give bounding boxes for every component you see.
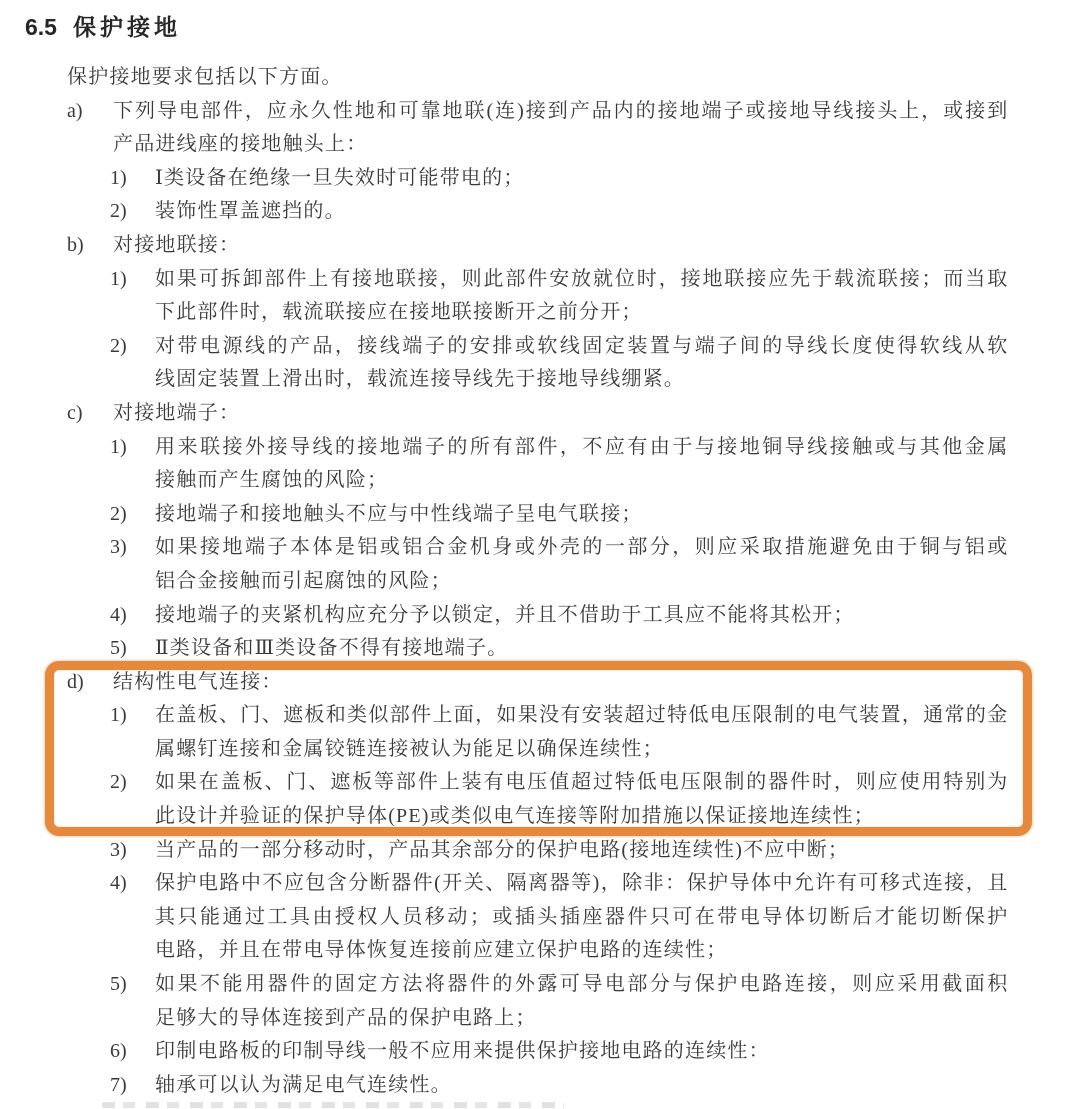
text-line: 用来联接外接导线的接地端子的所有部件，不应有由于与接地铜导线接触或与其他金属 [155,431,1008,465]
text-line: 结构性电气连接： [113,666,1008,700]
cutoff-text-remnant [102,1102,564,1108]
item-marker: b) [67,229,84,263]
text-line: 对接地联接： [113,229,1008,263]
item-marker: 2) [110,195,127,229]
text-line: 铝合金接触而引起腐蚀的风险； [155,565,1008,599]
text-line: 接地端子和接地触头不应与中性线端子呈电气联接； [155,498,1008,532]
item-marker: 3) [110,531,127,565]
document-page: { "heading": { "number": "6.5", "title":… [0,0,1080,1109]
list-item: 3)当产品的一部分移动时，产品其余部分的保护电路(接地连续性)不应中断； [155,834,1008,868]
item-marker: 5) [110,632,127,666]
list-item: 2)如果在盖板、门、遮板等部件上装有电压值超过特低电压限制的器件时，则应使用特别… [155,766,1008,833]
text-line: Ⅰ类设备在绝缘一旦失效时可能带电的； [155,162,1008,196]
list-item: 5)如果不能用器件的固定方法将器件的外露可导电部分与保护电路连接，则应采用截面积… [155,968,1008,1035]
section-number: 6.5 [25,14,57,41]
text-line: 其只能通过工具由授权人员移动；或插头插座器件只可在带电导体切断后才能切断保护 [155,901,1008,935]
text-line: Ⅱ类设备和Ⅲ类设备不得有接地端子。 [155,632,1008,666]
text-line: 下此部件时，载流联接应在接地联接断开之前分开； [155,296,1008,330]
text-line: 如果接地端子本体是铝或铝合金机身或外壳的一部分，则应采取措施避免由于铜与铝或 [155,531,1008,565]
text-line: 电路，并且在带电导体恢复连接前应建立保护电路的连续性； [155,934,1008,968]
list-item: 2)接地端子和接地触头不应与中性线端子呈电气联接； [155,498,1008,532]
section-heading: 6.5 保护接地 [25,9,181,42]
item-marker: 6) [110,1035,127,1069]
item-marker: 2) [110,330,127,364]
item-marker: 5) [110,968,127,1002]
item-marker: 4) [110,867,127,901]
list-item: 1)在盖板、门、遮板和类似部件上面，如果没有安装超过特低电压限制的电气装置，通常… [155,699,1008,766]
text-line: 当产品的一部分移动时，产品其余部分的保护电路(接地连续性)不应中断； [155,834,1008,868]
list-item: 3)如果接地端子本体是铝或铝合金机身或外壳的一部分，则应采取措施避免由于铜与铝或… [155,531,1008,598]
list-item: 2)装饰性罩盖遮挡的。 [155,195,1008,229]
text-line: 足够大的导体连接到产品的保护电路上； [155,1002,1008,1036]
document-body: 保护接地要求包括以下方面。a)下列导电部件，应永久性地和可靠地联(连)接到产品内… [0,61,1080,1102]
item-marker: 1) [110,431,127,465]
list-item: 2)对带电源线的产品，接线端子的安排或软线固定装置与端子间的导线长度使得软线从软… [155,330,1008,397]
text-line: 在盖板、门、遮板和类似部件上面，如果没有安装超过特低电压限制的电气装置，通常的金 [155,699,1008,733]
list-item: 6)印制电路板的印制导线一般不应用来提供保护接地电路的连续性： [155,1035,1008,1069]
section-title: 保护接地 [73,9,181,42]
list-item: a)下列导电部件，应永久性地和可靠地联(连)接到产品内的接地端子或接地导线接头上… [113,95,1008,162]
item-marker: 2) [110,498,127,532]
text-line: 如果可拆卸部件上有接地联接，则此部件安放就位时，接地联接应先于载流联接；而当取 [155,263,1008,297]
list-item: c)对接地端子： [113,397,1008,431]
text-line: 对接地端子： [113,397,1008,431]
text-line: 接触而产生腐蚀的风险； [155,464,1008,498]
list-item: 1)用来联接外接导线的接地端子的所有部件，不应有由于与接地铜导线接触或与其他金属… [155,431,1008,498]
list-item: 4)保护电路中不应包含分断器件(开关、隔离器等)，除非：保护导体中允许有可移式连… [155,867,1008,968]
list-item: 5)Ⅱ类设备和Ⅲ类设备不得有接地端子。 [155,632,1008,666]
item-marker: 3) [110,834,127,868]
text-line: 装饰性罩盖遮挡的。 [155,195,1008,229]
text-line: 印制电路板的印制导线一般不应用来提供保护接地电路的连续性： [155,1035,1008,1069]
item-marker: c) [67,397,83,431]
text-line: 属螺钉连接和金属铰链连接被认为能足以确保连续性； [155,733,1008,767]
item-marker: 7) [110,1069,127,1103]
text-line: 接地端子的夹紧机构应充分予以锁定，并且不借助于工具应不能将其松开； [155,599,1008,633]
item-marker: 2) [110,766,127,800]
text-line: 下列导电部件，应永久性地和可靠地联(连)接到产品内的接地端子或接地导线接头上，或… [113,95,1008,129]
list-item: 7)轴承可以认为满足电气连续性。 [155,1069,1008,1103]
intro-paragraph: 保护接地要求包括以下方面。 [67,61,1008,95]
list-item: 4)接地端子的夹紧机构应充分予以锁定，并且不借助于工具应不能将其松开； [155,599,1008,633]
text-line: 保护接地要求包括以下方面。 [67,61,1008,95]
list-item: 1)如果可拆卸部件上有接地联接，则此部件安放就位时，接地联接应先于载流联接；而当… [155,263,1008,330]
list-item: b)对接地联接： [113,229,1008,263]
text-line: 对带电源线的产品，接线端子的安排或软线固定装置与端子间的导线长度使得软线从软 [155,330,1008,364]
list-item: 1)Ⅰ类设备在绝缘一旦失效时可能带电的； [155,162,1008,196]
list-item: d)结构性电气连接： [113,666,1008,700]
item-marker: 1) [110,162,127,196]
item-marker: 1) [110,263,127,297]
text-line: 此设计并验证的保护导体(PE)或类似电气连接等附加措施以保证接地连续性； [155,800,1008,834]
item-marker: a) [67,95,83,129]
text-line: 线固定装置上滑出时，载流连接导线先于接地导线绷紧。 [155,363,1008,397]
text-line: 轴承可以认为满足电气连续性。 [155,1069,1008,1103]
text-line: 保护电路中不应包含分断器件(开关、隔离器等)，除非：保护导体中允许有可移式连接，… [155,867,1008,901]
text-line: 如果不能用器件的固定方法将器件的外露可导电部分与保护电路连接，则应采用截面积 [155,968,1008,1002]
item-marker: d) [67,666,84,700]
item-marker: 4) [110,599,127,633]
text-line: 产品进线座的接地触头上： [113,128,1008,162]
item-marker: 1) [110,699,127,733]
text-line: 如果在盖板、门、遮板等部件上装有电压值超过特低电压限制的器件时，则应使用特别为 [155,766,1008,800]
